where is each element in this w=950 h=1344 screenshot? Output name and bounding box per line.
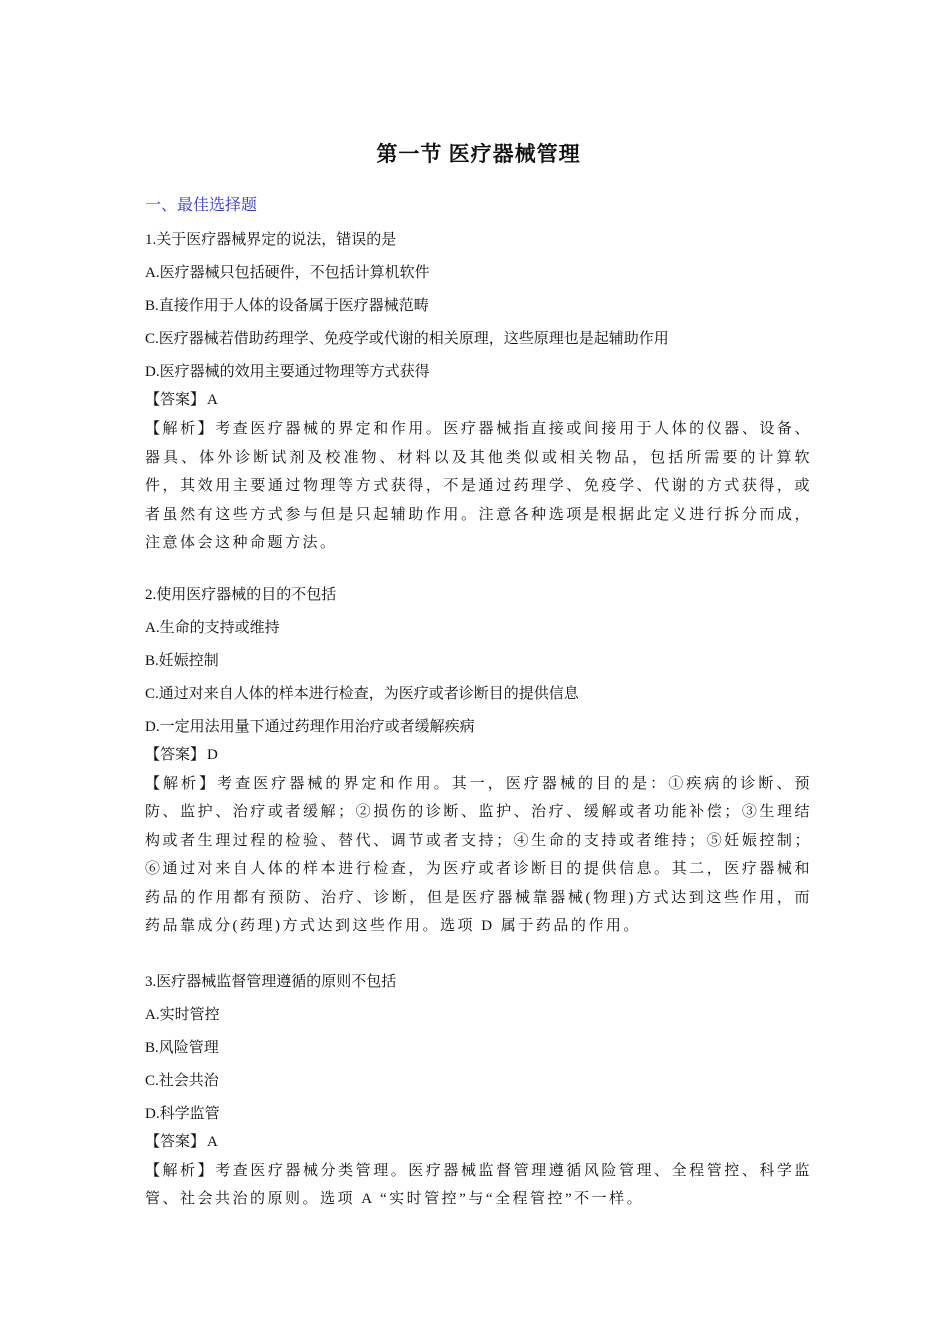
answer-label: 【答案】 — [145, 1134, 205, 1150]
question-2-stem: 2.使用医疗器械的目的不包括 — [145, 584, 812, 606]
question-block-3: 3.医疗器械监督管理遵循的原则不包括 A.实时管控 B.风险管理 C.社会共治 … — [145, 971, 812, 1214]
question-2-option-c: C.通过对来自人体的样本进行检查，为医疗或者诊断目的提供信息 — [145, 683, 812, 705]
answer-label: 【答案】 — [145, 747, 205, 763]
question-2-option-d: D.一定用法用量下通过药理作用治疗或者缓解疾病 — [145, 716, 812, 738]
page-title: 第一节 医疗器械管理 — [145, 142, 812, 167]
question-1-analysis-text: 考查医疗器械的界定和作用。医疗器械指直接或间接用于人体的仪器、设备、器具、体外诊… — [145, 421, 812, 551]
question-3-stem: 3.医疗器械监督管理遵循的原则不包括 — [145, 971, 812, 993]
analysis-label: 【解析】 — [145, 421, 215, 437]
question-3-answer-line: 【答案】A — [145, 1131, 812, 1153]
question-2-answer-line: 【答案】D — [145, 744, 812, 766]
question-1-answer-value: A — [207, 392, 218, 408]
question-1-stem: 1.关于医疗器械界定的说法，错误的是 — [145, 229, 812, 251]
question-3-option-b: B.风险管理 — [145, 1037, 812, 1059]
question-block-1: 1.关于医疗器械界定的说法，错误的是 A.医疗器械只包括硬件，不包括计算机软件 … — [145, 229, 812, 558]
question-2-option-a: A.生命的支持或维持 — [145, 617, 812, 639]
document-page: 第一节 医疗器械管理 一、最佳选择题 1.关于医疗器械界定的说法，错误的是 A.… — [0, 0, 950, 1344]
question-2-analysis: 【解析】考查医疗器械的界定和作用。其一，医疗器械的目的是：①疾病的诊断、预防、监… — [145, 770, 812, 941]
analysis-label: 【解析】 — [145, 1163, 215, 1179]
question-1-option-a: A.医疗器械只包括硬件，不包括计算机软件 — [145, 262, 812, 284]
section-heading-link[interactable]: 一、最佳选择题 — [145, 197, 257, 214]
question-1-analysis: 【解析】考查医疗器械的界定和作用。医疗器械指直接或间接用于人体的仪器、设备、器具… — [145, 415, 812, 558]
answer-label: 【答案】 — [145, 392, 205, 408]
question-3-option-d: D.科学监管 — [145, 1103, 812, 1125]
question-1-option-b: B.直接作用于人体的设备属于医疗器械范畴 — [145, 295, 812, 317]
section-heading: 一、最佳选择题 — [145, 195, 812, 216]
question-3-analysis: 【解析】考查医疗器械分类管理。医疗器械监督管理遵循风险管理、全程管控、科学监管、… — [145, 1157, 812, 1214]
question-2-option-b: B.妊娠控制 — [145, 650, 812, 672]
question-2-answer-value: D — [207, 747, 218, 763]
question-3-option-c: C.社会共治 — [145, 1070, 812, 1092]
question-1-option-d: D.医疗器械的效用主要通过物理等方式获得 — [145, 361, 812, 383]
question-2-analysis-text: 考查医疗器械的界定和作用。其一，医疗器械的目的是：①疾病的诊断、预防、监护、治疗… — [145, 776, 812, 935]
question-1-option-c: C.医疗器械若借助药理学、免疫学或代谢的相关原理，这些原理也是起辅助作用 — [145, 328, 812, 350]
question-3-analysis-text: 考查医疗器械分类管理。医疗器械监督管理遵循风险管理、全程管控、科学监管、社会共治… — [145, 1163, 812, 1208]
question-3-answer-value: A — [207, 1134, 218, 1150]
question-1-answer-line: 【答案】A — [145, 389, 812, 411]
question-block-2: 2.使用医疗器械的目的不包括 A.生命的支持或维持 B.妊娠控制 C.通过对来自… — [145, 584, 812, 941]
analysis-label: 【解析】 — [145, 776, 217, 792]
question-3-option-a: A.实时管控 — [145, 1004, 812, 1026]
